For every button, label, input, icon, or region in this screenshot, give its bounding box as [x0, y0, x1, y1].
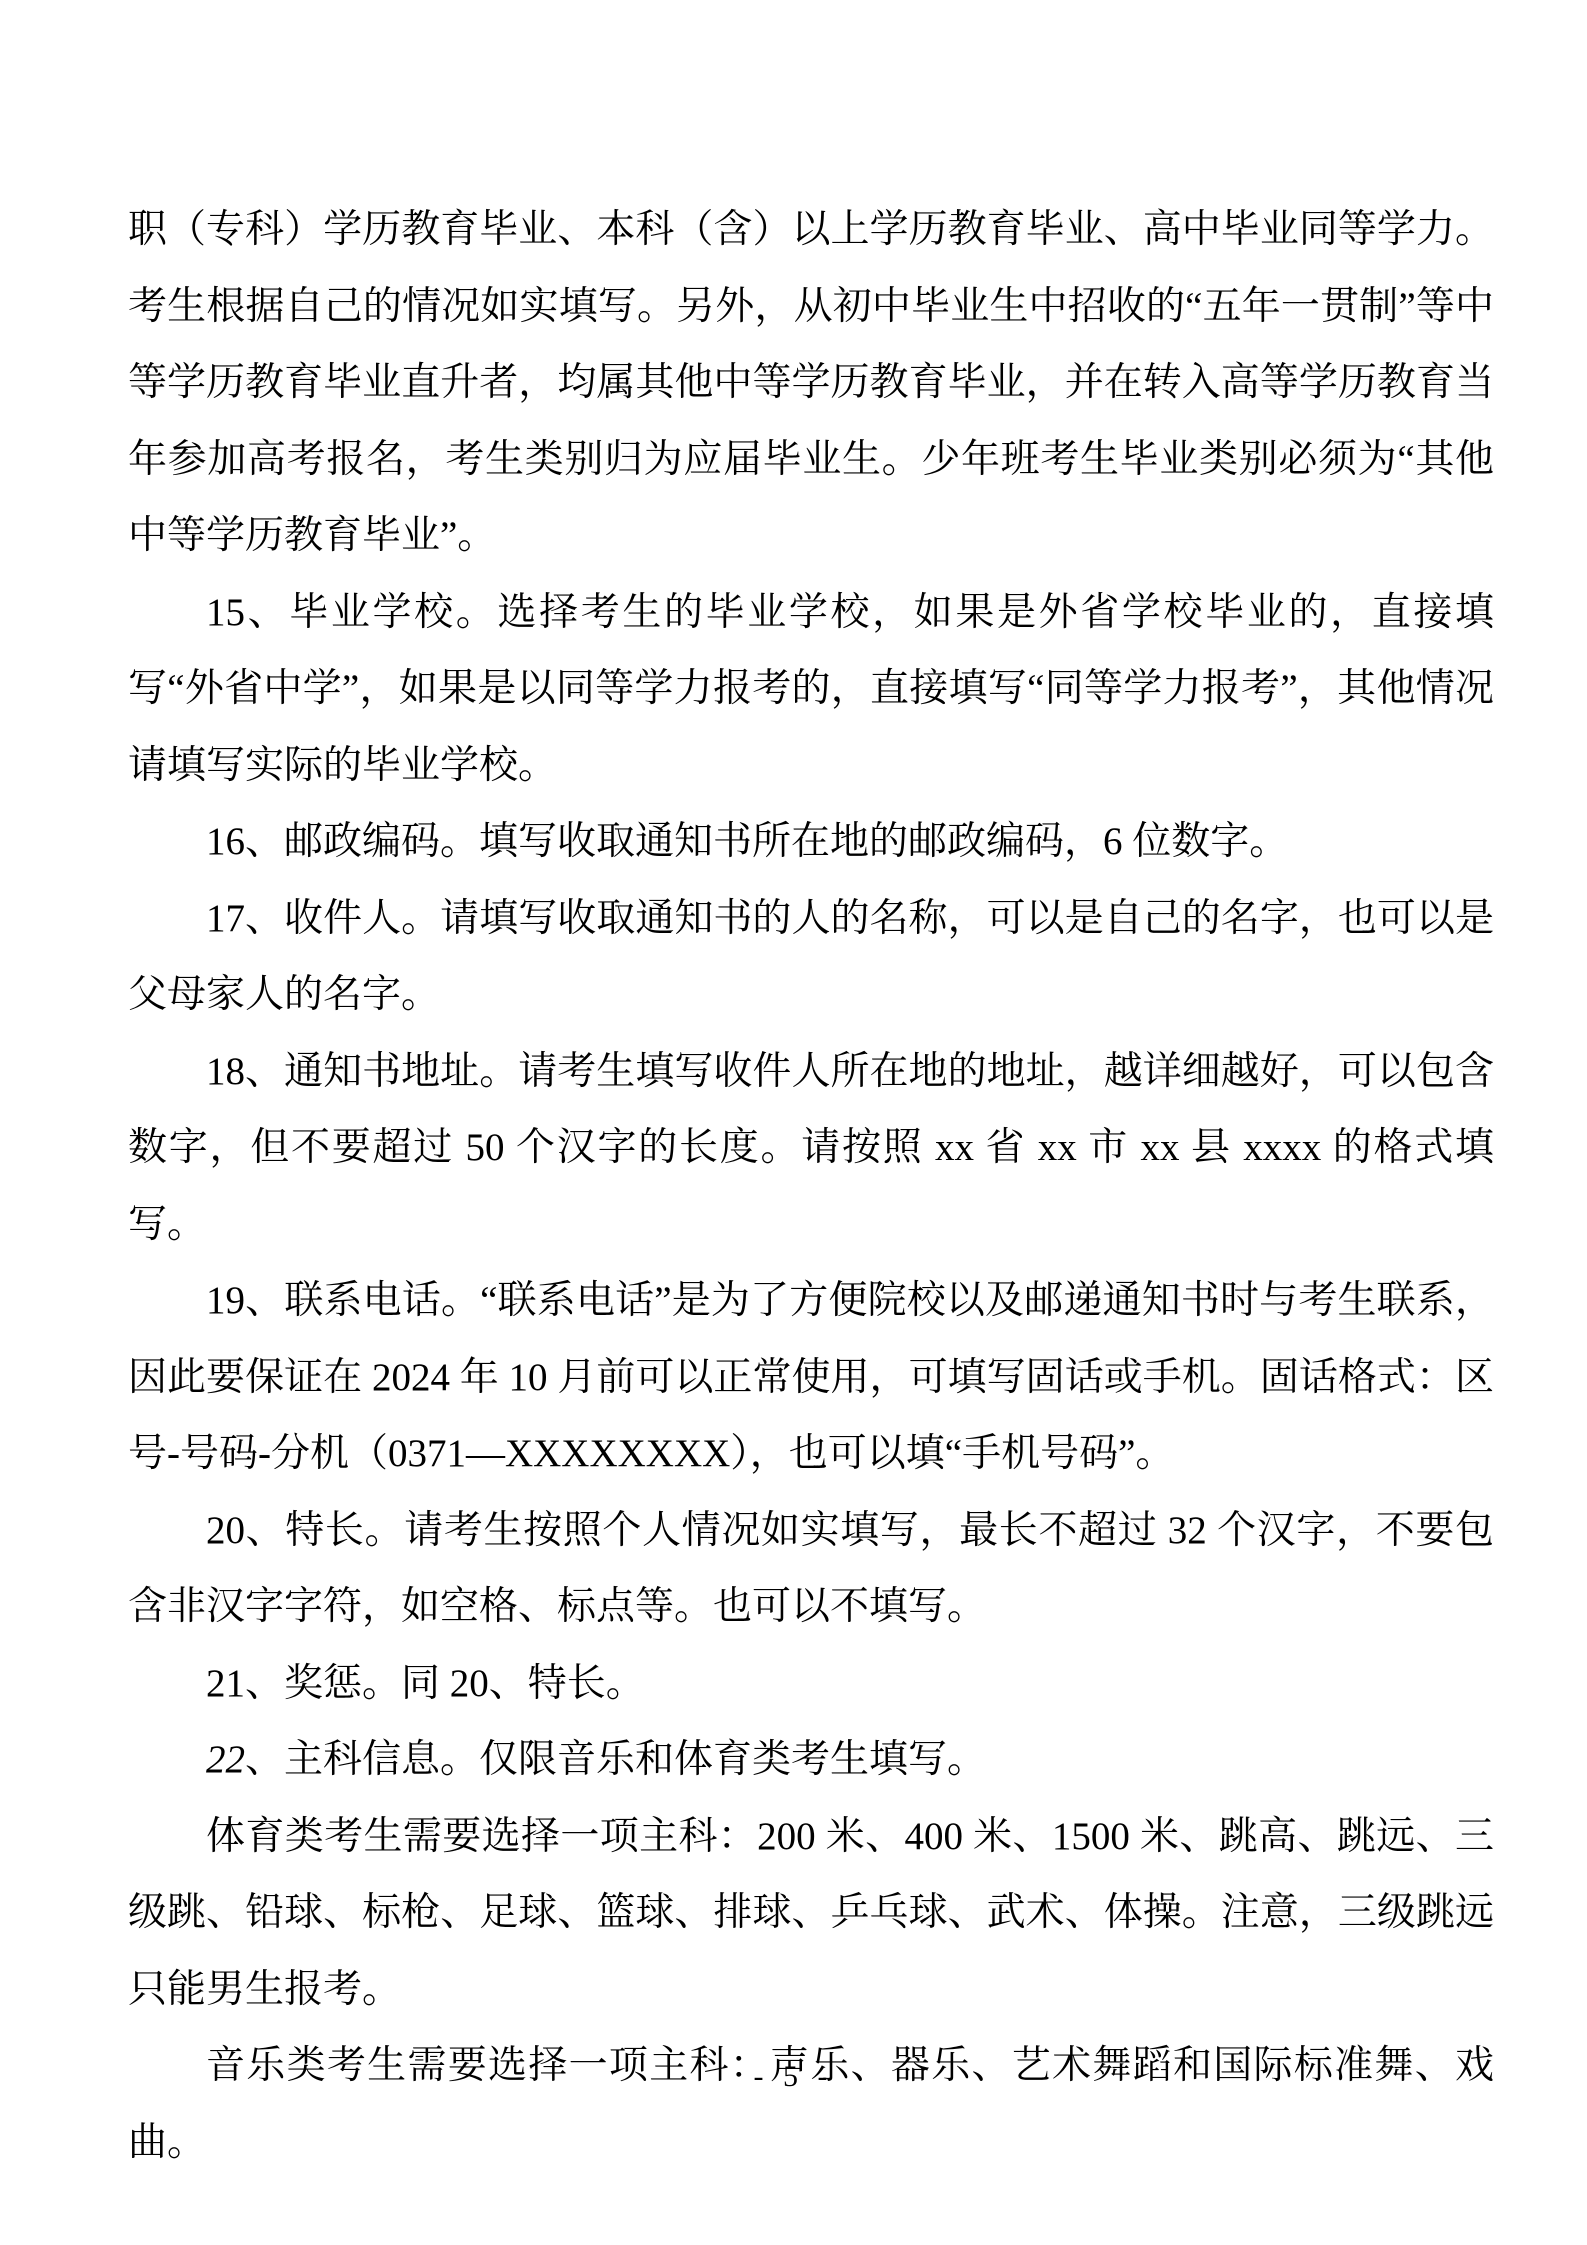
text-block: 职（专科）学历教育毕业、本科（含）以上学历教育毕业、高中毕业同等学力。考生根据自…: [128, 192, 1494, 2181]
page-number: - 5 -: [0, 2058, 1587, 2096]
paragraph-17-recipient: 17、收件人。请填写收取通知书的人的名称，可以是自己的名字，也可以是父母家人的名…: [128, 881, 1494, 1034]
paragraph-20-specialty: 20、特长。请考生按照个人情况如实填写，最长不超过 32 个汉字，不要包含非汉字…: [128, 1493, 1494, 1646]
paragraph-16-postal-code: 16、邮政编码。填写收取通知书所在地的邮政编码，6 位数字。: [128, 804, 1494, 881]
paragraph-21-awards-punishments: 21、奖惩。同 20、特长。: [128, 1646, 1494, 1723]
paragraph-18-notice-address: 18、通知书地址。请考生填写收件人所在地的地址，越详细越好，可以包含数字，但不要…: [128, 1034, 1494, 1264]
paragraph-15-graduation-school: 15、毕业学校。选择考生的毕业学校，如果是外省学校毕业的，直接填写“外省中学”，…: [128, 575, 1494, 805]
paragraph-music-majors: 音乐类考生需要选择一项主科：声乐、器乐、艺术舞蹈和国际标准舞、戏曲。: [128, 2028, 1494, 2181]
paragraph-continuation-graduation-types: 职（专科）学历教育毕业、本科（含）以上学历教育毕业、高中毕业同等学力。考生根据自…: [128, 192, 1494, 575]
document-page: 职（专科）学历教育毕业、本科（含）以上学历教育毕业、高中毕业同等学力。考生根据自…: [0, 0, 1587, 2245]
paragraph-19-contact-phone: 19、联系电话。“联系电话”是为了方便院校以及邮递通知书时与考生联系，因此要保证…: [128, 1263, 1494, 1493]
paragraph-22-number: 22: [206, 1738, 245, 1781]
paragraph-22-text: 、主科信息。仅限音乐和体育类考生填写。: [245, 1738, 986, 1781]
paragraph-22-major-info: 22、主科信息。仅限音乐和体育类考生填写。: [128, 1722, 1494, 1799]
paragraph-sports-majors: 体育类考生需要选择一项主科：200 米、400 米、1500 米、跳高、跳远、三…: [128, 1799, 1494, 2029]
